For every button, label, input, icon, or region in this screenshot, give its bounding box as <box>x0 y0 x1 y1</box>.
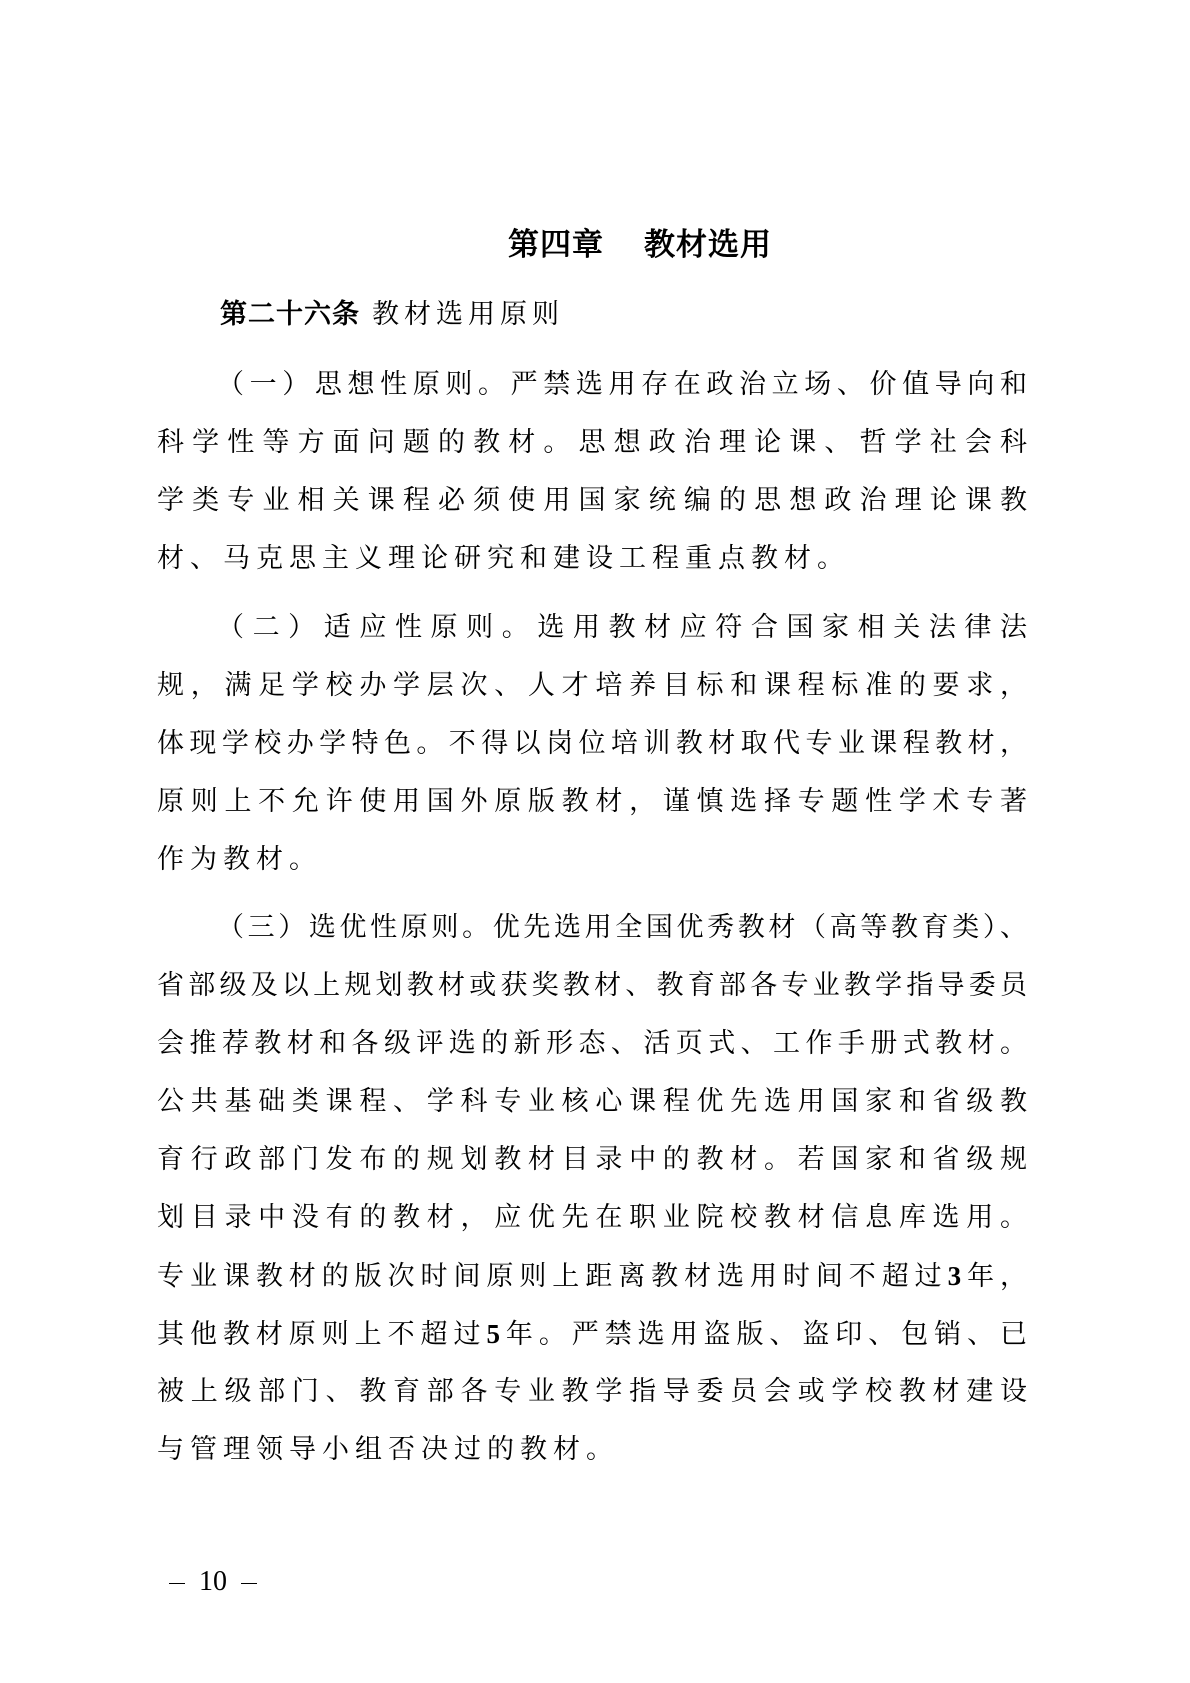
text-line: 体现学校办学特色。不得以岗位培训教材取代专业课程教材， <box>157 715 1027 773</box>
chapter-number: 第四章 <box>508 227 604 263</box>
page-number-footer: 10 <box>155 1562 271 1602</box>
text-line: （二）适应性原则。选用教材应符合国家相关法律法 <box>157 599 1027 657</box>
text-line: 公共基础类课程、学科专业核心课程优先选用国家和省级教 <box>157 1073 1027 1131</box>
dash-right <box>241 1583 257 1584</box>
article-title: 教材选用原则 <box>372 299 564 330</box>
paragraph-selection-excellence-principle: （三）选优性原则。优先选用全国优秀教材（高等教育类）、 省部级及以上规划教材或获… <box>157 899 1027 1479</box>
paragraph-ideological-principle: （一）思想性原则。严禁选用存在政治立场、价值导向和 科学性等方面问题的教材。思想… <box>157 356 1027 588</box>
text-line: （三）选优性原则。优先选用全国优秀教材（高等教育类）、 <box>157 899 1027 957</box>
text-line: 育行政部门发布的规划教材目录中的教材。若国家和省级规 <box>157 1131 1027 1189</box>
text-line: 划目录中没有的教材，应优先在职业院校教材信息库选用。 <box>157 1189 1027 1247</box>
article-number: 第二十六条 <box>220 299 360 330</box>
text-line: 被上级部门、教育部各专业教学指导委员会或学校教材建设 <box>157 1363 1027 1421</box>
page-number: 10 <box>199 1566 227 1597</box>
text-line: （一）思想性原则。严禁选用存在政治立场、价值导向和 <box>157 356 1027 414</box>
text-line: 学类专业相关课程必须使用国家统编的思想政治理论课教 <box>157 472 1027 530</box>
years-limit-professional: 3 <box>948 1261 962 1291</box>
text-line: 会推荐教材和各级评选的新形态、活页式、工作手册式教材。 <box>157 1015 1027 1073</box>
text-line: 作为教材。 <box>157 831 1027 889</box>
text-line: 原则上不允许使用国外原版教材，谨慎选择专题性学术专著 <box>157 773 1027 831</box>
chapter-title: 教材选用 <box>644 227 772 263</box>
article-heading: 第二十六条教材选用原则 <box>220 292 564 338</box>
paragraph-adaptability-principle: （二）适应性原则。选用教材应符合国家相关法律法 规，满足学校办学层次、人才培养目… <box>157 599 1027 889</box>
text-line: 省部级及以上规划教材或获奖教材、教育部各专业教学指导委员 <box>157 957 1027 1015</box>
years-limit-other: 5 <box>486 1319 500 1349</box>
text-line-with-number: 其他教材原则上不超过5年。严禁选用盗版、盗印、包销、已 <box>157 1305 1027 1363</box>
text-line: 材、马克思主义理论研究和建设工程重点教材。 <box>157 530 1027 588</box>
text-line: 规，满足学校办学层次、人才培养目标和课程标准的要求， <box>157 657 1027 715</box>
text-line-with-number: 专业课教材的版次时间原则上距离教材选用时间不超过3年， <box>157 1247 1027 1305</box>
document-page: 第四章教材选用 第二十六条教材选用原则 （一）思想性原则。严禁选用存在政治立场、… <box>0 0 1190 1683</box>
dash-left <box>169 1583 185 1584</box>
text-line: 科学性等方面问题的教材。思想政治理论课、哲学社会科 <box>157 414 1027 472</box>
chapter-heading: 第四章教材选用 <box>0 222 1190 268</box>
text-line: 与管理领导小组否决过的教材。 <box>157 1421 1027 1479</box>
